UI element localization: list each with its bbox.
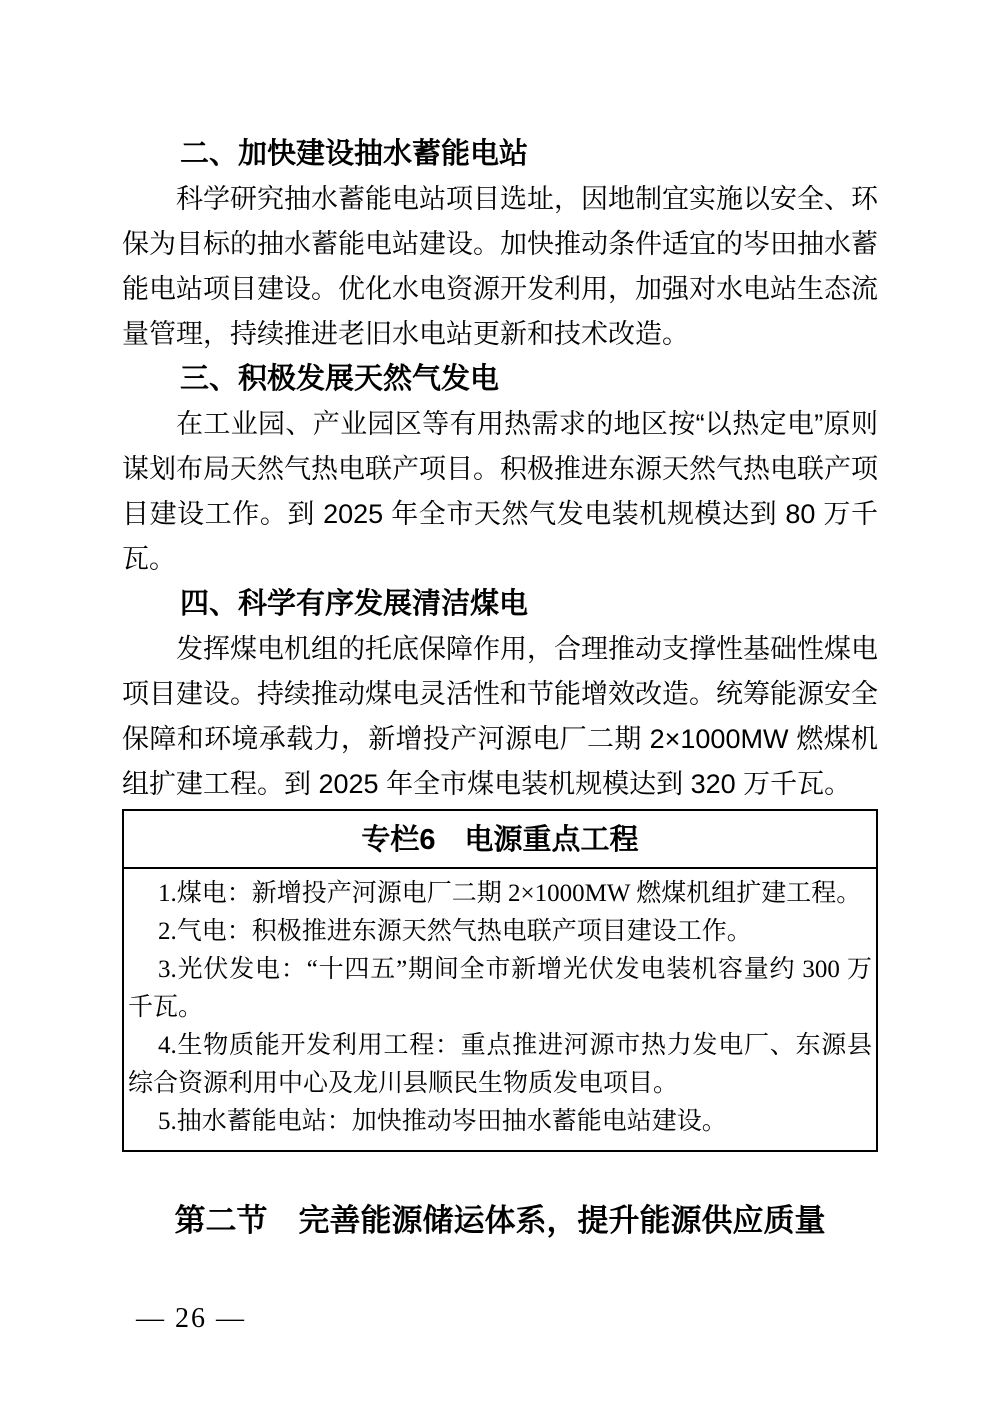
section-paragraph-2: 科学研究抽水蓄能电站项目选址，因地制宜实施以安全、环保为目标的抽水蓄能电站建设。… bbox=[122, 177, 878, 357]
document-page: { "content": { "section2": { "heading": … bbox=[0, 0, 1000, 1414]
page-number: — 26 — bbox=[136, 1303, 246, 1335]
section-heading-4: 四、科学有序发展清洁煤电 bbox=[122, 582, 878, 627]
callout-item-gas: 2.气电：积极推进东源天然气热电联产项目建设工作。 bbox=[128, 913, 872, 951]
callout-box-title: 专栏6 电源重点工程 bbox=[124, 811, 876, 869]
next-section-title: 第二节 完善能源储运体系，提升能源供应质量 bbox=[122, 1198, 878, 1243]
callout-box: 专栏6 电源重点工程 1.煤电：新增投产河源电厂二期 2×1000MW 燃煤机组… bbox=[122, 809, 878, 1152]
section-paragraph-4: 发挥煤电机组的托底保障作用，合理推动支撑性基础性煤电项目建设。持续推动煤电灵活性… bbox=[122, 627, 878, 807]
page-content: 二、加快建设抽水蓄能电站 科学研究抽水蓄能电站项目选址，因地制宜实施以安全、环保… bbox=[0, 0, 1000, 1243]
callout-item-pumped-storage: 5.抽水蓄能电站：加快推动岑田抽水蓄能电站建设。 bbox=[128, 1103, 872, 1141]
callout-item-coal: 1.煤电：新增投产河源电厂二期 2×1000MW 燃煤机组扩建工程。 bbox=[128, 875, 872, 913]
callout-item-biomass: 4.生物质能开发利用工程：重点推进河源市热力发电厂、东源县综合资源利用中心及龙川… bbox=[128, 1027, 872, 1103]
callout-item-solar: 3.光伏发电：“十四五”期间全市新增光伏发电装机容量约 300 万千瓦。 bbox=[128, 951, 872, 1027]
callout-box-body: 1.煤电：新增投产河源电厂二期 2×1000MW 燃煤机组扩建工程。 2.气电：… bbox=[124, 869, 876, 1150]
section-paragraph-3: 在工业园、产业园区等有用热需求的地区按“以热定电”原则谋划布局天然气热电联产项目… bbox=[122, 402, 878, 582]
section-heading-3: 三、积极发展天然气发电 bbox=[122, 357, 878, 402]
section-heading-2: 二、加快建设抽水蓄能电站 bbox=[122, 132, 878, 177]
